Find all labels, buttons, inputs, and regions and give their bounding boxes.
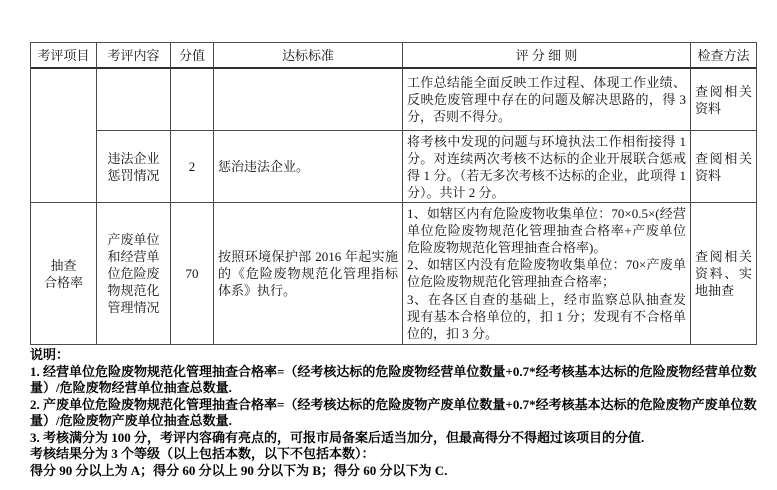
scoring-rule-line-2: 2、如辖区内没有危险废物收集单位：70×产废单位危险废物规范化管理抽查合格率； xyxy=(407,256,686,290)
cell-check-method-row2: 查阅相关资料 xyxy=(691,131,757,203)
cell-review-content-row1 xyxy=(97,69,171,131)
scoring-rule-line-3: 3、在各区自查的基础上，经市监察总队抽查发现有基本合格单位的，扣 1 分；发现有… xyxy=(407,291,686,342)
cell-review-content-row3: 产废单位和经营单位危险废物规范化管理情况 xyxy=(97,203,171,345)
cell-standard-row2: 惩治违法企业。 xyxy=(214,131,403,203)
cell-review-item-row3: 抽查 合格率 xyxy=(31,203,97,345)
column-header-standard: 达标标准 xyxy=(214,43,403,69)
check-method-text-row2: 查阅相关资料 xyxy=(695,150,752,184)
cell-score-row3: 70 xyxy=(171,203,214,345)
notes-section: 说明： 1. 经营单位危险废物规范化管理抽查合格率=（经考核达标的危险废物经营单… xyxy=(30,347,769,479)
scoring-rule-line-1: 1、如辖区内有危险废物收集单位：70×0.5×(经营单位危险废物规范化管理抽查合… xyxy=(407,205,686,256)
cell-review-content-row2: 违法企业惩罚情况 xyxy=(97,131,171,203)
column-header-scoring-rules: 评 分 细 则 xyxy=(403,43,691,69)
note-line-2: 2. 产废单位危险废物规范化管理抽查合格率=（经考核达标的危险废物产废单位数量+… xyxy=(30,397,769,430)
standard-text-row2: 惩治违法企业。 xyxy=(218,158,398,175)
cell-scoring-rules-row1: 工作总结能全面反映工作过程、体现工作业绩、反映危废管理中存在的问题及解决思路的，… xyxy=(403,69,691,131)
notes-title: 说明： xyxy=(30,347,769,364)
cell-check-method-row3: 查阅相关资料、实地抽查 xyxy=(691,203,757,345)
note-grade-levels: 考核结果分为 3 个等级（以上包括本数，以下不包括本数）： xyxy=(30,446,769,463)
note-line-1: 1. 经营单位危险废物规范化管理抽查合格率=（经考核达标的危险废物经营单位数量+… xyxy=(30,364,769,397)
cell-standard-row3: 按照环境保护部 2016 年起实施的《危险废物规范化管理指标体系》执行。 xyxy=(214,203,403,345)
note-grade-cutoffs: 得分 90 分以上为 A；得分 60 分以上 90 分以下为 B；得分 60 分… xyxy=(30,463,769,480)
cell-score-row1 xyxy=(171,69,214,131)
note-line-3: 3. 考核满分为 100 分，考评内容确有亮点的，可报市局备案后适当加分，但最高… xyxy=(30,430,769,447)
column-header-check-method: 检查方法 xyxy=(691,43,757,69)
cell-standard-row1 xyxy=(214,69,403,131)
document-page: 考评项目 考评内容 分值 达标标准 评 分 细 则 检查方法 工作总结能全面反映… xyxy=(0,0,777,490)
standard-text-row3: 按照环境保护部 2016 年起实施的《危险废物规范化管理指标体系》执行。 xyxy=(218,248,398,299)
evaluation-table: 考评项目 考评内容 分值 达标标准 评 分 细 则 检查方法 工作总结能全面反映… xyxy=(30,42,757,345)
cell-score-row2: 2 xyxy=(171,131,214,203)
scoring-rules-text-row2: 将考核中发现的问题与环境执法工作相衔接得 1 分。对连续两次考核不达标的企业开展… xyxy=(407,133,686,201)
scoring-rules-text-row1: 工作总结能全面反映工作过程、体现工作业绩、反映危废管理中存在的问题及解决思路的，… xyxy=(407,74,686,125)
check-method-text-row1: 查阅相关资料 xyxy=(695,83,752,117)
cell-review-item-merged-empty xyxy=(31,69,97,203)
column-header-review-item: 考评项目 xyxy=(31,43,97,69)
column-header-score: 分值 xyxy=(171,43,214,69)
cell-scoring-rules-row2: 将考核中发现的问题与环境执法工作相衔接得 1 分。对连续两次考核不达标的企业开展… xyxy=(403,131,691,203)
cell-scoring-rules-row3: 1、如辖区内有危险废物收集单位：70×0.5×(经营单位危险废物规范化管理抽查合… xyxy=(403,203,691,345)
cell-check-method-row1: 查阅相关资料 xyxy=(691,69,757,131)
check-method-text-row3: 查阅相关资料、实地抽查 xyxy=(695,248,752,299)
column-header-review-content: 考评内容 xyxy=(97,43,171,69)
